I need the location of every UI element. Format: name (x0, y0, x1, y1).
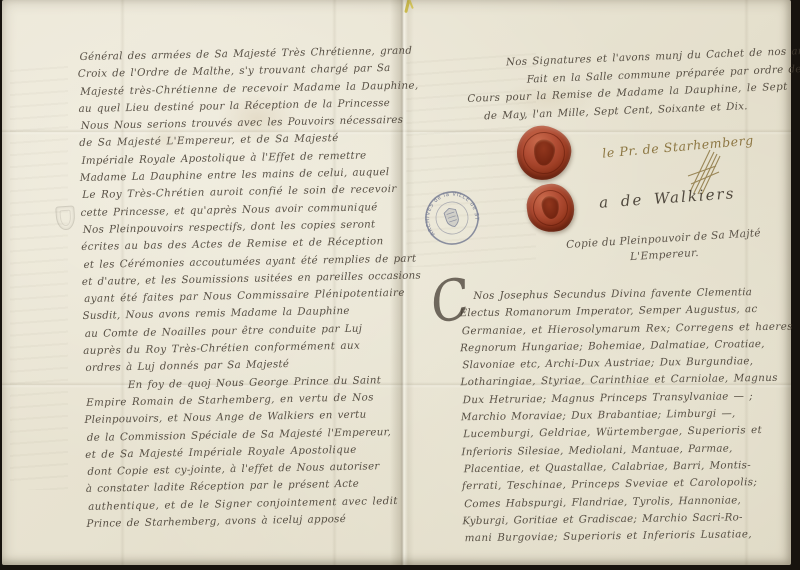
photo-background: Général des armées de Sa Majesté Très Ch… (0, 0, 800, 570)
closing-paragraph: Nos Signatures et l'avons munj du Cachet… (456, 44, 788, 127)
manuscript-line: mani Burgoviae; Superioris et Inferioris… (465, 526, 783, 548)
seal-crest (532, 139, 555, 167)
starhemberg-signature: le Pr. de Starhemberg (602, 132, 755, 160)
binding-thread (401, 0, 421, 18)
show-through-text (10, 60, 68, 490)
left-page-text: Général des armées de Sa Majesté Très Ch… (77, 43, 398, 533)
walkiers-signature: a de Walkiers (599, 184, 736, 211)
seal-crest (540, 195, 561, 220)
latin-paragraph: Nos Josephus Secundus Divina favente Cle… (459, 284, 783, 548)
stamp-emblem (443, 207, 460, 229)
manuscript-sheet: Général des armées de Sa Majesté Très Ch… (2, 0, 791, 565)
